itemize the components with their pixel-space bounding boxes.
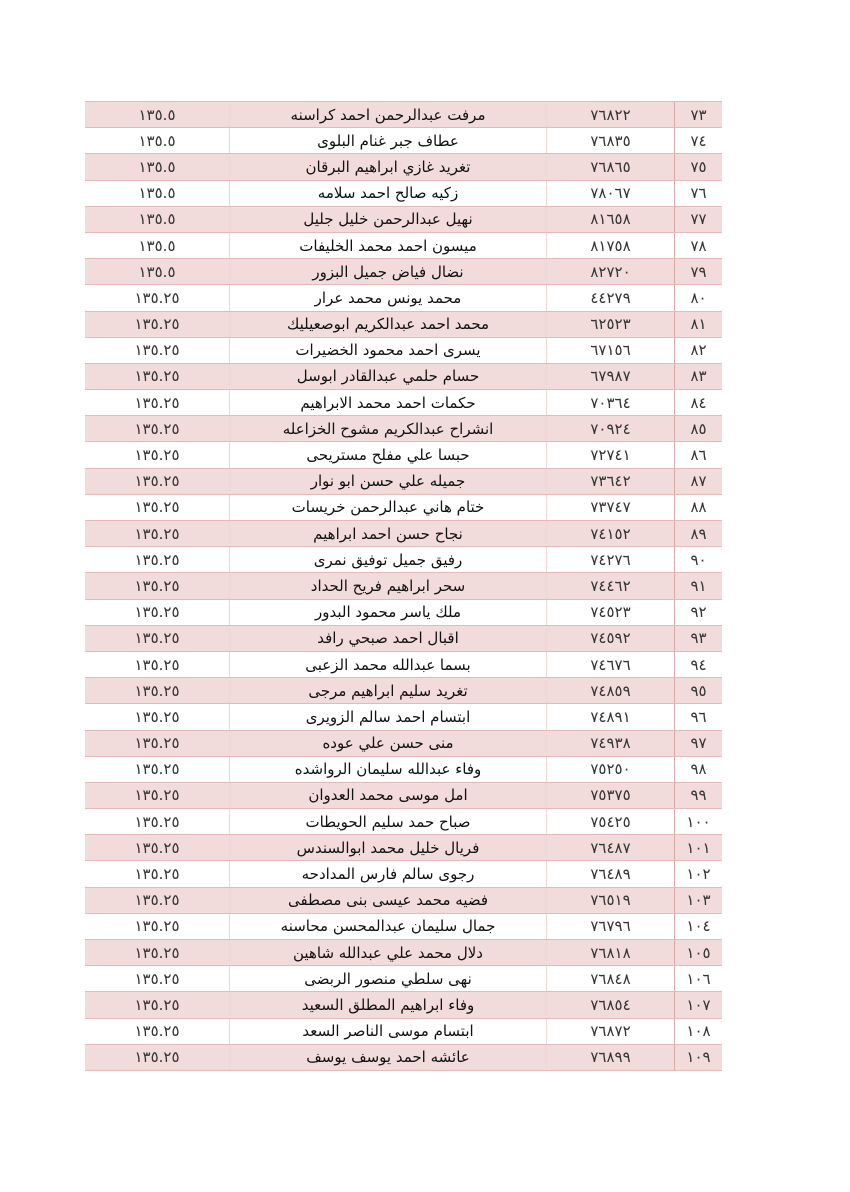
row-index-cell: ٩٣: [675, 626, 722, 651]
table-row: ١٣٥.٥ تغريد غازي ابراهيم البرقان ٧٦٨٦٥ ٧…: [85, 154, 722, 180]
id-number-cell: ٧٤٥٩٢: [547, 626, 675, 651]
table-row: ١٣٥.٢٥ حبسا علي مفلح مستريحى ٧٢٧٤١ ٨٦: [85, 442, 722, 468]
name-cell: منى حسن علي عوده: [230, 731, 547, 756]
table-row: ١٣٥.٢٥ بسما عبدالله محمد الزعبى ٧٤٦٧٦ ٩٤: [85, 652, 722, 678]
id-number-cell: ٨١٧٥٨: [547, 233, 675, 258]
row-index-cell: ٩٢: [675, 600, 722, 625]
id-number-cell: ٧٦٨٥٤: [547, 992, 675, 1017]
row-index-cell: ٧٩: [675, 259, 722, 284]
table-row: ١٣٥.٢٥ رجوى سالم فارس المدادحه ٧٦٤٨٩ ١٠٢: [85, 861, 722, 887]
name-cell: فضيه محمد عيسى بنى مصطفى: [230, 888, 547, 913]
name-cell: رفيق جميل توفيق نمرى: [230, 547, 547, 572]
name-cell: رجوى سالم فارس المدادحه: [230, 861, 547, 886]
table-row: ١٣٥.٢٥ ختام هاني عبدالرحمن خريسات ٧٣٧٤٧ …: [85, 495, 722, 521]
table-row: ١٣٥.٢٥ ابتسام احمد سالم الزويرى ٧٤٨٩١ ٩٦: [85, 704, 722, 730]
row-index-cell: ٨٨: [675, 495, 722, 520]
name-cell: فريال خليل محمد ابوالسندس: [230, 835, 547, 860]
score-cell: ١٣٥.٢٥: [85, 757, 230, 782]
table-row: ١٣٥.٢٥ اقبال احمد صبحي رافد ٧٤٥٩٢ ٩٣: [85, 626, 722, 652]
name-cell: حكمات احمد محمد الابراهيم: [230, 390, 547, 415]
row-index-cell: ٨١: [675, 312, 722, 337]
table-row: ١٣٥.٥ نهيل عبدالرحمن خليل جليل ٨١٦٥٨ ٧٧: [85, 207, 722, 233]
name-cell: محمد احمد عبدالكريم ابوصعيليك: [230, 312, 547, 337]
row-index-cell: ٩٨: [675, 757, 722, 782]
id-number-cell: ٧٤٢٧٦: [547, 547, 675, 572]
name-cell: عطاف جبر غنام البلوى: [230, 128, 547, 153]
table-row: ١٣٥.٢٥ فريال خليل محمد ابوالسندس ٧٦٤٨٧ ١…: [85, 835, 722, 861]
id-number-cell: ٧٢٧٤١: [547, 442, 675, 467]
row-index-cell: ٧٤: [675, 128, 722, 153]
score-cell: ١٣٥.٢٥: [85, 1045, 230, 1070]
score-cell: ١٣٥.٢٥: [85, 547, 230, 572]
score-cell: ١٣٥.٢٥: [85, 704, 230, 729]
table-row: ١٣٥.٢٥ عائشه احمد يوسف يوسف ٧٦٨٩٩ ١٠٩: [85, 1045, 722, 1071]
row-index-cell: ٨٦: [675, 442, 722, 467]
name-cell: نضال فياض جميل البزور: [230, 259, 547, 284]
score-cell: ١٣٥.٢٥: [85, 469, 230, 494]
name-cell: بسما عبدالله محمد الزعبى: [230, 652, 547, 677]
id-number-cell: ٧٤١٥٢: [547, 521, 675, 546]
name-cell: وفاء ابراهيم المطلق السعيد: [230, 992, 547, 1017]
score-cell: ١٣٥.٢٥: [85, 783, 230, 808]
score-cell: ١٣٥.٢٥: [85, 364, 230, 389]
id-number-cell: ٧٦٧٩٦: [547, 914, 675, 939]
id-number-cell: ٧٤٤٦٢: [547, 573, 675, 598]
row-index-cell: ١٠٤: [675, 914, 722, 939]
score-cell: ١٣٥.٢٥: [85, 285, 230, 310]
row-index-cell: ٧٨: [675, 233, 722, 258]
id-number-cell: ٧٦٨٢٢: [547, 102, 675, 127]
score-cell: ١٣٥.٥: [85, 207, 230, 232]
name-cell: نهيل عبدالرحمن خليل جليل: [230, 207, 547, 232]
score-cell: ١٣٥.٢٥: [85, 626, 230, 651]
name-cell: نجاح حسن احمد ابراهيم: [230, 521, 547, 546]
name-cell: دلال محمد علي عبدالله شاهين: [230, 940, 547, 965]
name-cell: ميسون احمد محمد الخليفات: [230, 233, 547, 258]
id-number-cell: ٧٦٨١٨: [547, 940, 675, 965]
id-number-cell: ٧٠٩٢٤: [547, 416, 675, 441]
table-row: ١٣٥.٢٥ تغريد سليم ابراهيم مرجى ٧٤٨٥٩ ٩٥: [85, 678, 722, 704]
id-number-cell: ٧٤٨٩١: [547, 704, 675, 729]
table-row: ١٣٥.٢٥ محمد يونس محمد عرار ٤٤٢٧٩ ٨٠: [85, 285, 722, 311]
name-cell: ابتسام احمد سالم الزويرى: [230, 704, 547, 729]
table-row: ١٣٥.٥ زكيه صالح احمد سلامه ٧٨٠٦٧ ٧٦: [85, 181, 722, 207]
name-cell: جميله علي حسن ابو نوار: [230, 469, 547, 494]
table-row: ١٣٥.٢٥ ملك ياسر محمود البدور ٧٤٥٢٣ ٩٢: [85, 600, 722, 626]
score-cell: ١٣٥.٢٥: [85, 888, 230, 913]
table-row: ١٣٥.٢٥ جمال سليمان عبدالمحسن محاسنه ٧٦٧٩…: [85, 914, 722, 940]
table-row: ١٣٥.٢٥ صباح حمد سليم الحويطات ٧٥٤٢٥ ١٠٠: [85, 809, 722, 835]
name-cell: ملك ياسر محمود البدور: [230, 600, 547, 625]
row-index-cell: ٧٣: [675, 102, 722, 127]
table-row: ١٣٥.٥ ميسون احمد محمد الخليفات ٨١٧٥٨ ٧٨: [85, 233, 722, 259]
name-cell: ختام هاني عبدالرحمن خريسات: [230, 495, 547, 520]
score-cell: ١٣٥.٢٥: [85, 992, 230, 1017]
score-cell: ١٣٥.٢٥: [85, 966, 230, 991]
table-row: ١٣٥.٢٥ نهى سلطي منصور الربضى ٧٦٨٤٨ ١٠٦: [85, 966, 722, 992]
row-index-cell: ٨٠: [675, 285, 722, 310]
row-index-cell: ٩٦: [675, 704, 722, 729]
id-number-cell: ٧٦٨٩٩: [547, 1045, 675, 1070]
id-number-cell: ٧٤٥٢٣: [547, 600, 675, 625]
table-row: ١٣٥.٢٥ وفاء عبدالله سليمان الرواشده ٧٥٢٥…: [85, 757, 722, 783]
table-row: ١٣٥.٢٥ محمد احمد عبدالكريم ابوصعيليك ٦٢٥…: [85, 312, 722, 338]
id-number-cell: ٧٦٨٣٥: [547, 128, 675, 153]
name-cell: تغريد غازي ابراهيم البرقان: [230, 154, 547, 179]
name-cell: انشراح عبدالكريم مشوح الخزاعله: [230, 416, 547, 441]
name-cell: عائشه احمد يوسف يوسف: [230, 1045, 547, 1070]
name-cell: محمد يونس محمد عرار: [230, 285, 547, 310]
row-index-cell: ٨٧: [675, 469, 722, 494]
row-index-cell: ١٠٢: [675, 861, 722, 886]
score-cell: ١٣٥.٥: [85, 128, 230, 153]
table-row: ١٣٥.٢٥ انشراح عبدالكريم مشوح الخزاعله ٧٠…: [85, 416, 722, 442]
name-cell: تغريد سليم ابراهيم مرجى: [230, 678, 547, 703]
score-cell: ١٣٥.٢٥: [85, 835, 230, 860]
name-cell: يسرى احمد محمود الخضيرات: [230, 338, 547, 363]
name-cell: نهى سلطي منصور الربضى: [230, 966, 547, 991]
row-index-cell: ٨٤: [675, 390, 722, 415]
score-cell: ١٣٥.٢٥: [85, 495, 230, 520]
table-row: ١٣٥.٢٥ وفاء ابراهيم المطلق السعيد ٧٦٨٥٤ …: [85, 992, 722, 1018]
score-cell: ١٣٥.٢٥: [85, 521, 230, 546]
id-number-cell: ٧٥٢٥٠: [547, 757, 675, 782]
name-cell: حسام حلمي عبدالقادر ابوسل: [230, 364, 547, 389]
score-cell: ١٣٥.٢٥: [85, 861, 230, 886]
score-cell: ١٣٥.٥: [85, 233, 230, 258]
name-cell: سحر ابراهيم فريح الحداد: [230, 573, 547, 598]
id-number-cell: ٧٤٨٥٩: [547, 678, 675, 703]
row-index-cell: ٧٥: [675, 154, 722, 179]
id-number-cell: ٧٣٦٤٢: [547, 469, 675, 494]
results-table: ١٣٥.٥ مرفت عبدالرحمن احمد كراسنه ٧٦٨٢٢ ٧…: [85, 101, 722, 1071]
score-cell: ١٣٥.٢٥: [85, 600, 230, 625]
table-row: ١٣٥.٥ عطاف جبر غنام البلوى ٧٦٨٣٥ ٧٤: [85, 128, 722, 154]
row-index-cell: ٧٦: [675, 181, 722, 206]
id-number-cell: ٧٦٤٨٩: [547, 861, 675, 886]
name-cell: وفاء عبدالله سليمان الرواشده: [230, 757, 547, 782]
row-index-cell: ١٠٠: [675, 809, 722, 834]
id-number-cell: ٧٦٨٦٥: [547, 154, 675, 179]
id-number-cell: ٧٥٣٧٥: [547, 783, 675, 808]
name-cell: جمال سليمان عبدالمحسن محاسنه: [230, 914, 547, 939]
name-cell: اقبال احمد صبحي رافد: [230, 626, 547, 651]
table-row: ١٣٥.٥ مرفت عبدالرحمن احمد كراسنه ٧٦٨٢٢ ٧…: [85, 102, 722, 128]
row-index-cell: ٨٥: [675, 416, 722, 441]
table-row: ١٣٥.٢٥ فضيه محمد عيسى بنى مصطفى ٧٦٥١٩ ١٠…: [85, 888, 722, 914]
row-index-cell: ٨٩: [675, 521, 722, 546]
row-index-cell: ١٠٣: [675, 888, 722, 913]
row-index-cell: ١٠٧: [675, 992, 722, 1017]
score-cell: ١٣٥.٥: [85, 154, 230, 179]
row-index-cell: ١٠٩: [675, 1045, 722, 1070]
row-index-cell: ٩٤: [675, 652, 722, 677]
id-number-cell: ٧٦٨٤٨: [547, 966, 675, 991]
id-number-cell: ٧٤٦٧٦: [547, 652, 675, 677]
table-row: ١٣٥.٢٥ سحر ابراهيم فريح الحداد ٧٤٤٦٢ ٩١: [85, 573, 722, 599]
row-index-cell: ٩١: [675, 573, 722, 598]
row-index-cell: ٩٥: [675, 678, 722, 703]
id-number-cell: ٤٤٢٧٩: [547, 285, 675, 310]
id-number-cell: ٦٢٥٢٣: [547, 312, 675, 337]
score-cell: ١٣٥.٢٥: [85, 809, 230, 834]
table-row: ١٣٥.٢٥ ابتسام موسى الناصر السعد ٧٦٨٧٢ ١٠…: [85, 1019, 722, 1045]
score-cell: ١٣٥.٢٥: [85, 442, 230, 467]
row-index-cell: ١٠٦: [675, 966, 722, 991]
score-cell: ١٣٥.٢٥: [85, 678, 230, 703]
table-row: ١٣٥.٢٥ امل موسى محمد العدوان ٧٥٣٧٥ ٩٩: [85, 783, 722, 809]
score-cell: ١٣٥.٢٥: [85, 731, 230, 756]
name-cell: زكيه صالح احمد سلامه: [230, 181, 547, 206]
table-row: ١٣٥.٢٥ جميله علي حسن ابو نوار ٧٣٦٤٢ ٨٧: [85, 469, 722, 495]
table-row: ١٣٥.٢٥ منى حسن علي عوده ٧٤٩٣٨ ٩٧: [85, 731, 722, 757]
row-index-cell: ١٠٥: [675, 940, 722, 965]
table-row: ١٣٥.٢٥ حسام حلمي عبدالقادر ابوسل ٦٧٩٨٧ ٨…: [85, 364, 722, 390]
id-number-cell: ٦٧٩٨٧: [547, 364, 675, 389]
id-number-cell: ٧٣٧٤٧: [547, 495, 675, 520]
score-cell: ١٣٥.٢٥: [85, 573, 230, 598]
id-number-cell: ٨٢٧٢٠: [547, 259, 675, 284]
table-row: ١٣٥.٢٥ دلال محمد علي عبدالله شاهين ٧٦٨١٨…: [85, 940, 722, 966]
id-number-cell: ٧٨٠٦٧: [547, 181, 675, 206]
score-cell: ١٣٥.٥: [85, 102, 230, 127]
id-number-cell: ٧٦٤٨٧: [547, 835, 675, 860]
name-cell: حبسا علي مفلح مستريحى: [230, 442, 547, 467]
id-number-cell: ٦٧١٥٦: [547, 338, 675, 363]
name-cell: مرفت عبدالرحمن احمد كراسنه: [230, 102, 547, 127]
score-cell: ١٣٥.٢٥: [85, 390, 230, 415]
id-number-cell: ٧٦٥١٩: [547, 888, 675, 913]
row-index-cell: ١٠١: [675, 835, 722, 860]
row-index-cell: ١٠٨: [675, 1019, 722, 1044]
score-cell: ١٣٥.٢٥: [85, 652, 230, 677]
name-cell: صباح حمد سليم الحويطات: [230, 809, 547, 834]
score-cell: ١٣٥.٢٥: [85, 416, 230, 441]
row-index-cell: ٧٧: [675, 207, 722, 232]
document-page: ١٣٥.٥ مرفت عبدالرحمن احمد كراسنه ٧٦٨٢٢ ٧…: [0, 0, 850, 1192]
score-cell: ١٣٥.٢٥: [85, 914, 230, 939]
name-cell: امل موسى محمد العدوان: [230, 783, 547, 808]
table-row: ١٣٥.٢٥ حكمات احمد محمد الابراهيم ٧٠٣٦٤ ٨…: [85, 390, 722, 416]
score-cell: ١٣٥.٢٥: [85, 940, 230, 965]
id-number-cell: ٧٠٣٦٤: [547, 390, 675, 415]
table-row: ١٣٥.٢٥ يسرى احمد محمود الخضيرات ٦٧١٥٦ ٨٢: [85, 338, 722, 364]
score-cell: ١٣٥.٥: [85, 181, 230, 206]
table-row: ١٣٥.٥ نضال فياض جميل البزور ٨٢٧٢٠ ٧٩: [85, 259, 722, 285]
row-index-cell: ٩٠: [675, 547, 722, 572]
score-cell: ١٣٥.٢٥: [85, 312, 230, 337]
name-cell: ابتسام موسى الناصر السعد: [230, 1019, 547, 1044]
table-row: ١٣٥.٢٥ رفيق جميل توفيق نمرى ٧٤٢٧٦ ٩٠: [85, 547, 722, 573]
row-index-cell: ٩٧: [675, 731, 722, 756]
id-number-cell: ٧٦٨٧٢: [547, 1019, 675, 1044]
score-cell: ١٣٥.٢٥: [85, 1019, 230, 1044]
id-number-cell: ٧٥٤٢٥: [547, 809, 675, 834]
id-number-cell: ٨١٦٥٨: [547, 207, 675, 232]
row-index-cell: ٩٩: [675, 783, 722, 808]
table-row: ١٣٥.٢٥ نجاح حسن احمد ابراهيم ٧٤١٥٢ ٨٩: [85, 521, 722, 547]
score-cell: ١٣٥.٢٥: [85, 338, 230, 363]
id-number-cell: ٧٤٩٣٨: [547, 731, 675, 756]
score-cell: ١٣٥.٥: [85, 259, 230, 284]
row-index-cell: ٨٢: [675, 338, 722, 363]
row-index-cell: ٨٣: [675, 364, 722, 389]
